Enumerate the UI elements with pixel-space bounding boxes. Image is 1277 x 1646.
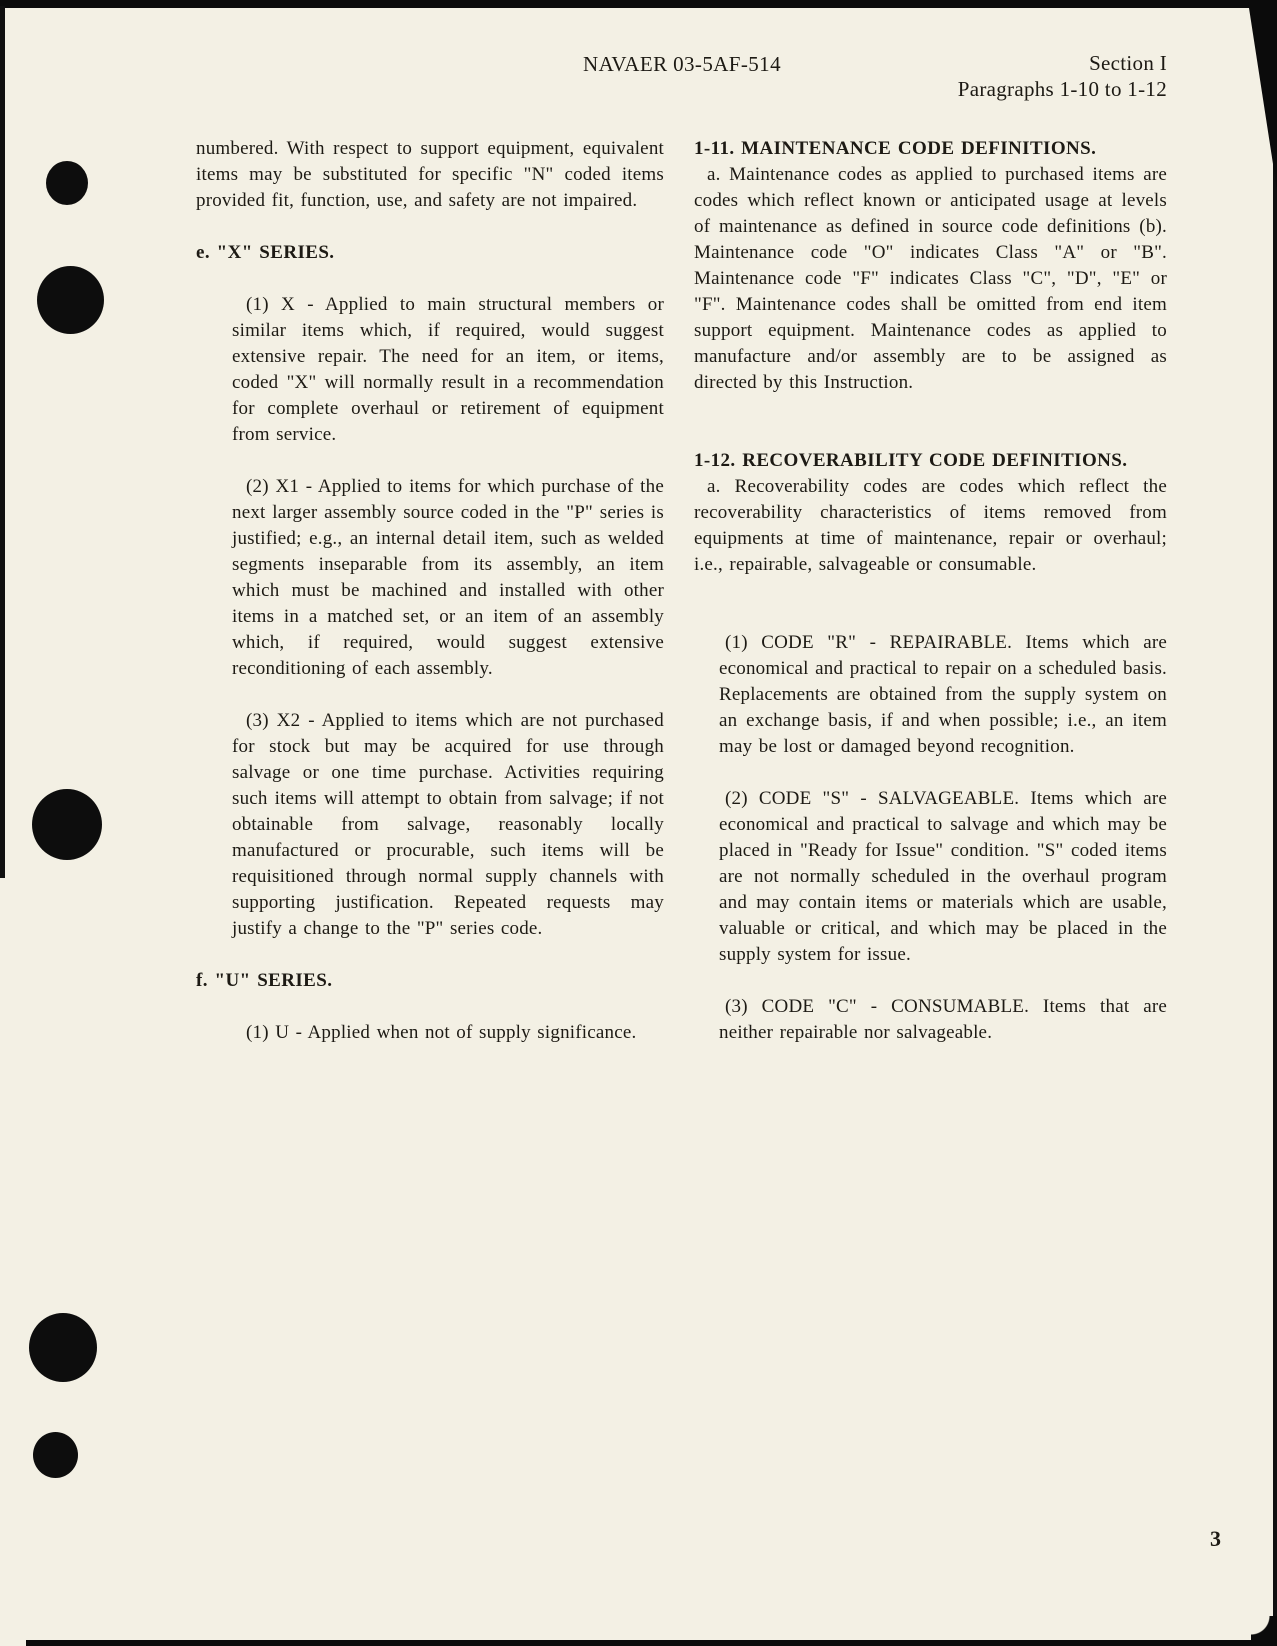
binding-hole-mark — [32, 789, 102, 860]
binding-hole-mark — [46, 161, 88, 205]
paragraph-heading-1-11: 1-11. MAINTENANCE CODE DEFINITIONS. — [694, 136, 1167, 162]
binding-hole-mark — [37, 266, 104, 334]
section-heading-f: f. "U" SERIES. — [196, 968, 664, 994]
binding-hole-mark — [29, 1313, 97, 1382]
header-right-block: Section I Paragraphs 1-10 to 1-12 — [958, 50, 1167, 102]
section-heading-e: e. "X" SERIES. — [196, 240, 664, 266]
section-label: Section I — [958, 50, 1167, 76]
paragraph-1-12-a: a. Recoverability codes are codes which … — [694, 474, 1167, 578]
list-item-code-r: (1) CODE "R" - REPAIRABLE. Items which a… — [719, 630, 1167, 760]
document-number: NAVAER 03-5AF-514 — [583, 52, 781, 77]
list-item-x2: (3) X2 - Applied to items which are not … — [232, 708, 664, 942]
list-item-u: (1) U - Applied when not of supply signi… — [232, 1020, 664, 1046]
scan-edge-bottom — [26, 1640, 1277, 1646]
list-item-x: (1) X - Applied to main structural membe… — [232, 292, 664, 448]
scan-corner-top-right — [1243, 0, 1277, 190]
page-number: 3 — [1210, 1526, 1221, 1552]
scanned-document-page: NAVAER 03-5AF-514 Section I Paragraphs 1… — [0, 0, 1277, 1646]
left-column: numbered. With respect to support equipm… — [196, 136, 664, 1046]
binding-hole-mark — [33, 1432, 78, 1478]
paragraph-range-label: Paragraphs 1-10 to 1-12 — [958, 76, 1167, 102]
right-column: 1-11. MAINTENANCE CODE DEFINITIONS. a. M… — [694, 136, 1167, 1046]
list-item-code-c: (3) CODE "C" - CONSUMABLE. Items that ar… — [719, 994, 1167, 1046]
scan-edge-left — [0, 6, 5, 878]
paragraph-1-11-a: a. Maintenance codes as applied to purch… — [694, 162, 1167, 396]
paragraph-heading-1-12: 1-12. RECOVERABILITY CODE DEFINITIONS. — [694, 448, 1167, 474]
scan-edge-right — [1273, 112, 1277, 1646]
list-item-x1: (2) X1 - Applied to items for which purc… — [232, 474, 664, 682]
scan-edge-top — [0, 0, 1277, 8]
list-item-code-s: (2) CODE "S" - SALVAGEABLE. Items which … — [719, 786, 1167, 968]
scan-corner-bottom-right — [1251, 1616, 1277, 1646]
paragraph-continuation: numbered. With respect to support equipm… — [196, 136, 664, 214]
